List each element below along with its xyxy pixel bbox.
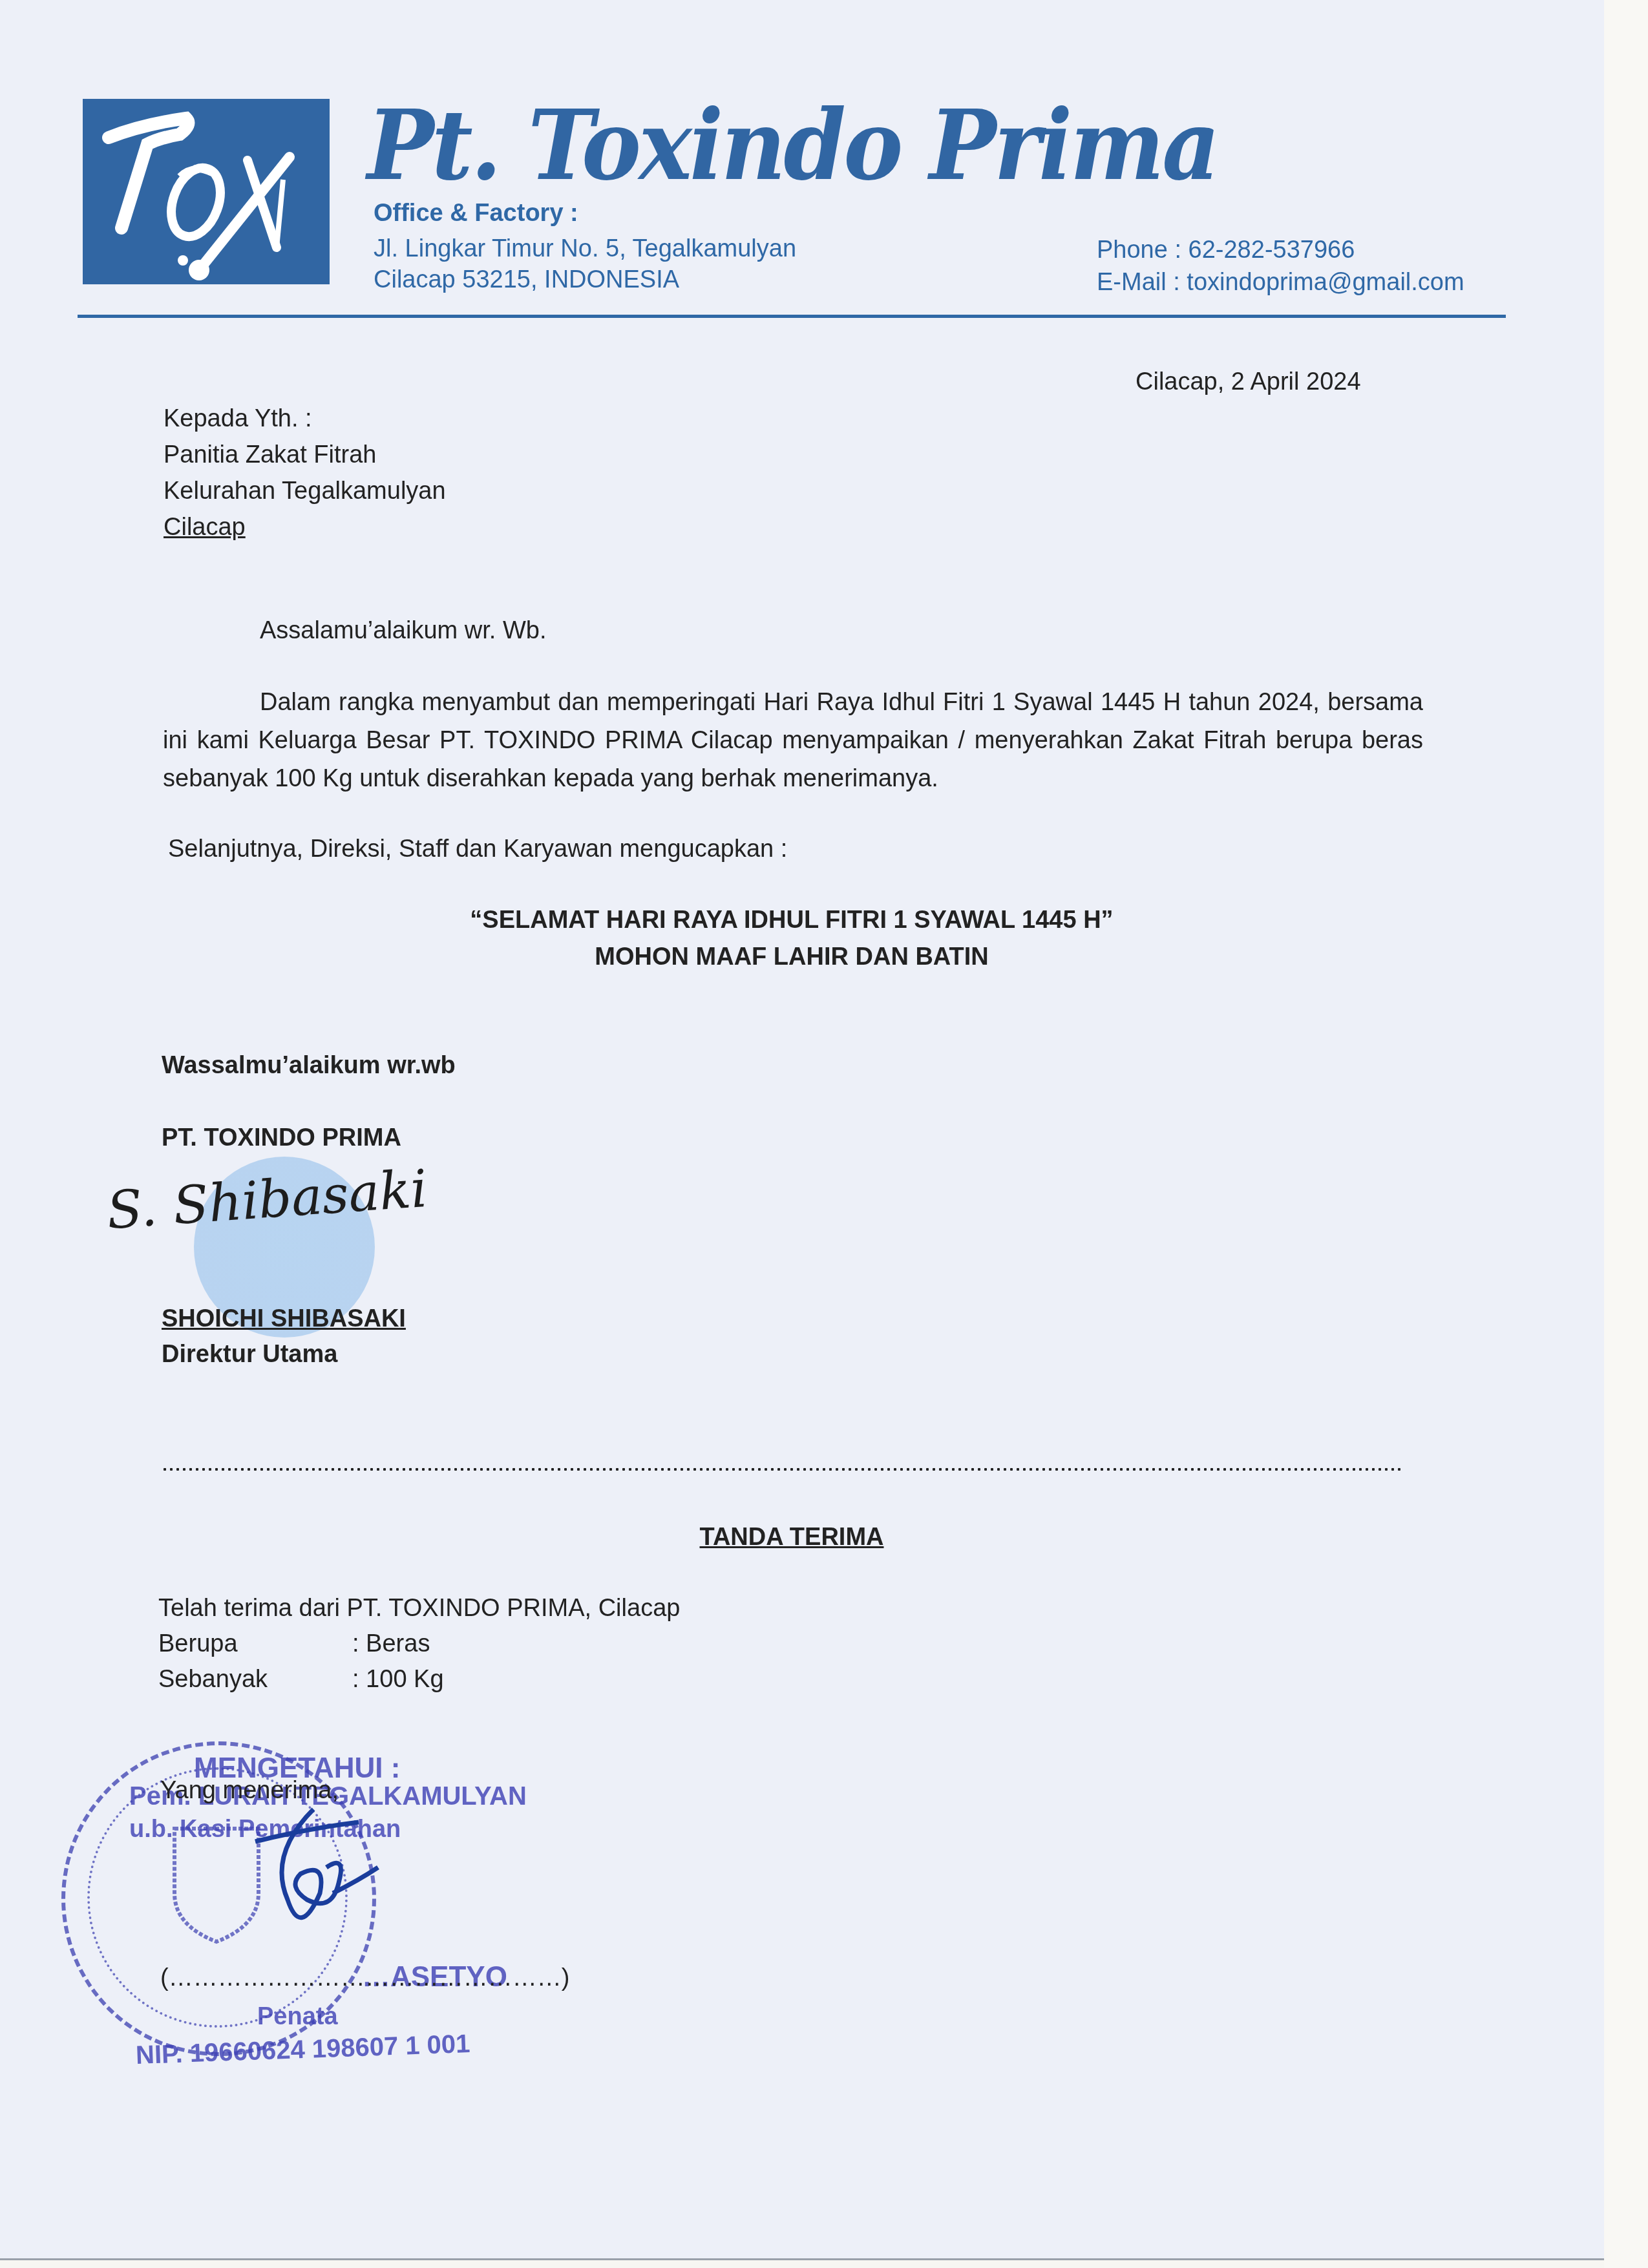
receipt-row-value: : Beras bbox=[352, 1630, 430, 1658]
recipient-city: Cilacap bbox=[164, 509, 446, 545]
company-logo bbox=[83, 99, 330, 284]
receiver-signature bbox=[229, 1803, 397, 1951]
receiver-label: Yang menerima, bbox=[160, 1777, 339, 1805]
signatory-name: SHOICHI SHIBASAKI bbox=[162, 1305, 406, 1333]
date-line: Cilacap, 2 April 2024 bbox=[1136, 368, 1361, 396]
phone: Phone : 62-282-537966 bbox=[1097, 234, 1355, 266]
receipt-row-label: Sebanyak bbox=[158, 1666, 268, 1694]
address-line-1: Jl. Lingkar Timur No. 5, Tegalkamulyan bbox=[374, 233, 796, 265]
recipient-line-1: Kepada Yth. : bbox=[164, 401, 446, 437]
cut-line-divider bbox=[162, 1467, 1402, 1472]
wish-line-2: MOHON MAAF LAHIR DAN BATIN bbox=[323, 943, 1260, 971]
recipient-line-2: Panitia Zakat Fitrah bbox=[164, 437, 446, 473]
receipt-title: TANDA TERIMA bbox=[646, 1524, 937, 1551]
signatory-company: PT. TOXINDO PRIMA bbox=[162, 1124, 401, 1152]
followup-text: Selanjutnya, Direksi, Staff dan Karyawan… bbox=[168, 835, 787, 863]
receipt-row-value: : 100 Kg bbox=[352, 1666, 444, 1694]
receipt-row-label: Berupa bbox=[158, 1630, 238, 1658]
received-from: Telah terima dari PT. TOXINDO PRIMA, Cil… bbox=[158, 1595, 680, 1622]
recipient-block: Kepada Yth. : Panitia Zakat Fitrah Kelur… bbox=[164, 401, 446, 545]
office-label: Office & Factory : bbox=[374, 197, 578, 229]
header-divider bbox=[78, 315, 1506, 318]
receiver-blank: (…………………………………………) bbox=[160, 1964, 569, 1992]
signatory-title: Direktur Utama bbox=[162, 1341, 337, 1369]
closing: Wassalmu’alaikum wr.wb bbox=[162, 1052, 456, 1080]
greeting: Assalamu’alaikum wr. Wb. bbox=[260, 617, 546, 645]
company-name: Pt. Toxindo Prima bbox=[367, 97, 1218, 194]
body-paragraph: Dalam rangka menyambut dan memperingati … bbox=[163, 684, 1423, 798]
wish-line-1: “SELAMAT HARI RAYA IDHUL FITRI 1 SYAWAL … bbox=[323, 907, 1260, 934]
tox-logo-icon bbox=[83, 99, 330, 284]
address-line-2: Cilacap 53215, INDONESIA bbox=[374, 264, 679, 296]
recipient-line-3: Kelurahan Tegalkamulyan bbox=[164, 473, 446, 509]
scan-edge bbox=[1604, 0, 1648, 2268]
email-link[interactable]: E-Mail : toxindoprima@gmail.com bbox=[1097, 266, 1464, 299]
stamp-rank: Penata bbox=[257, 2003, 338, 2031]
